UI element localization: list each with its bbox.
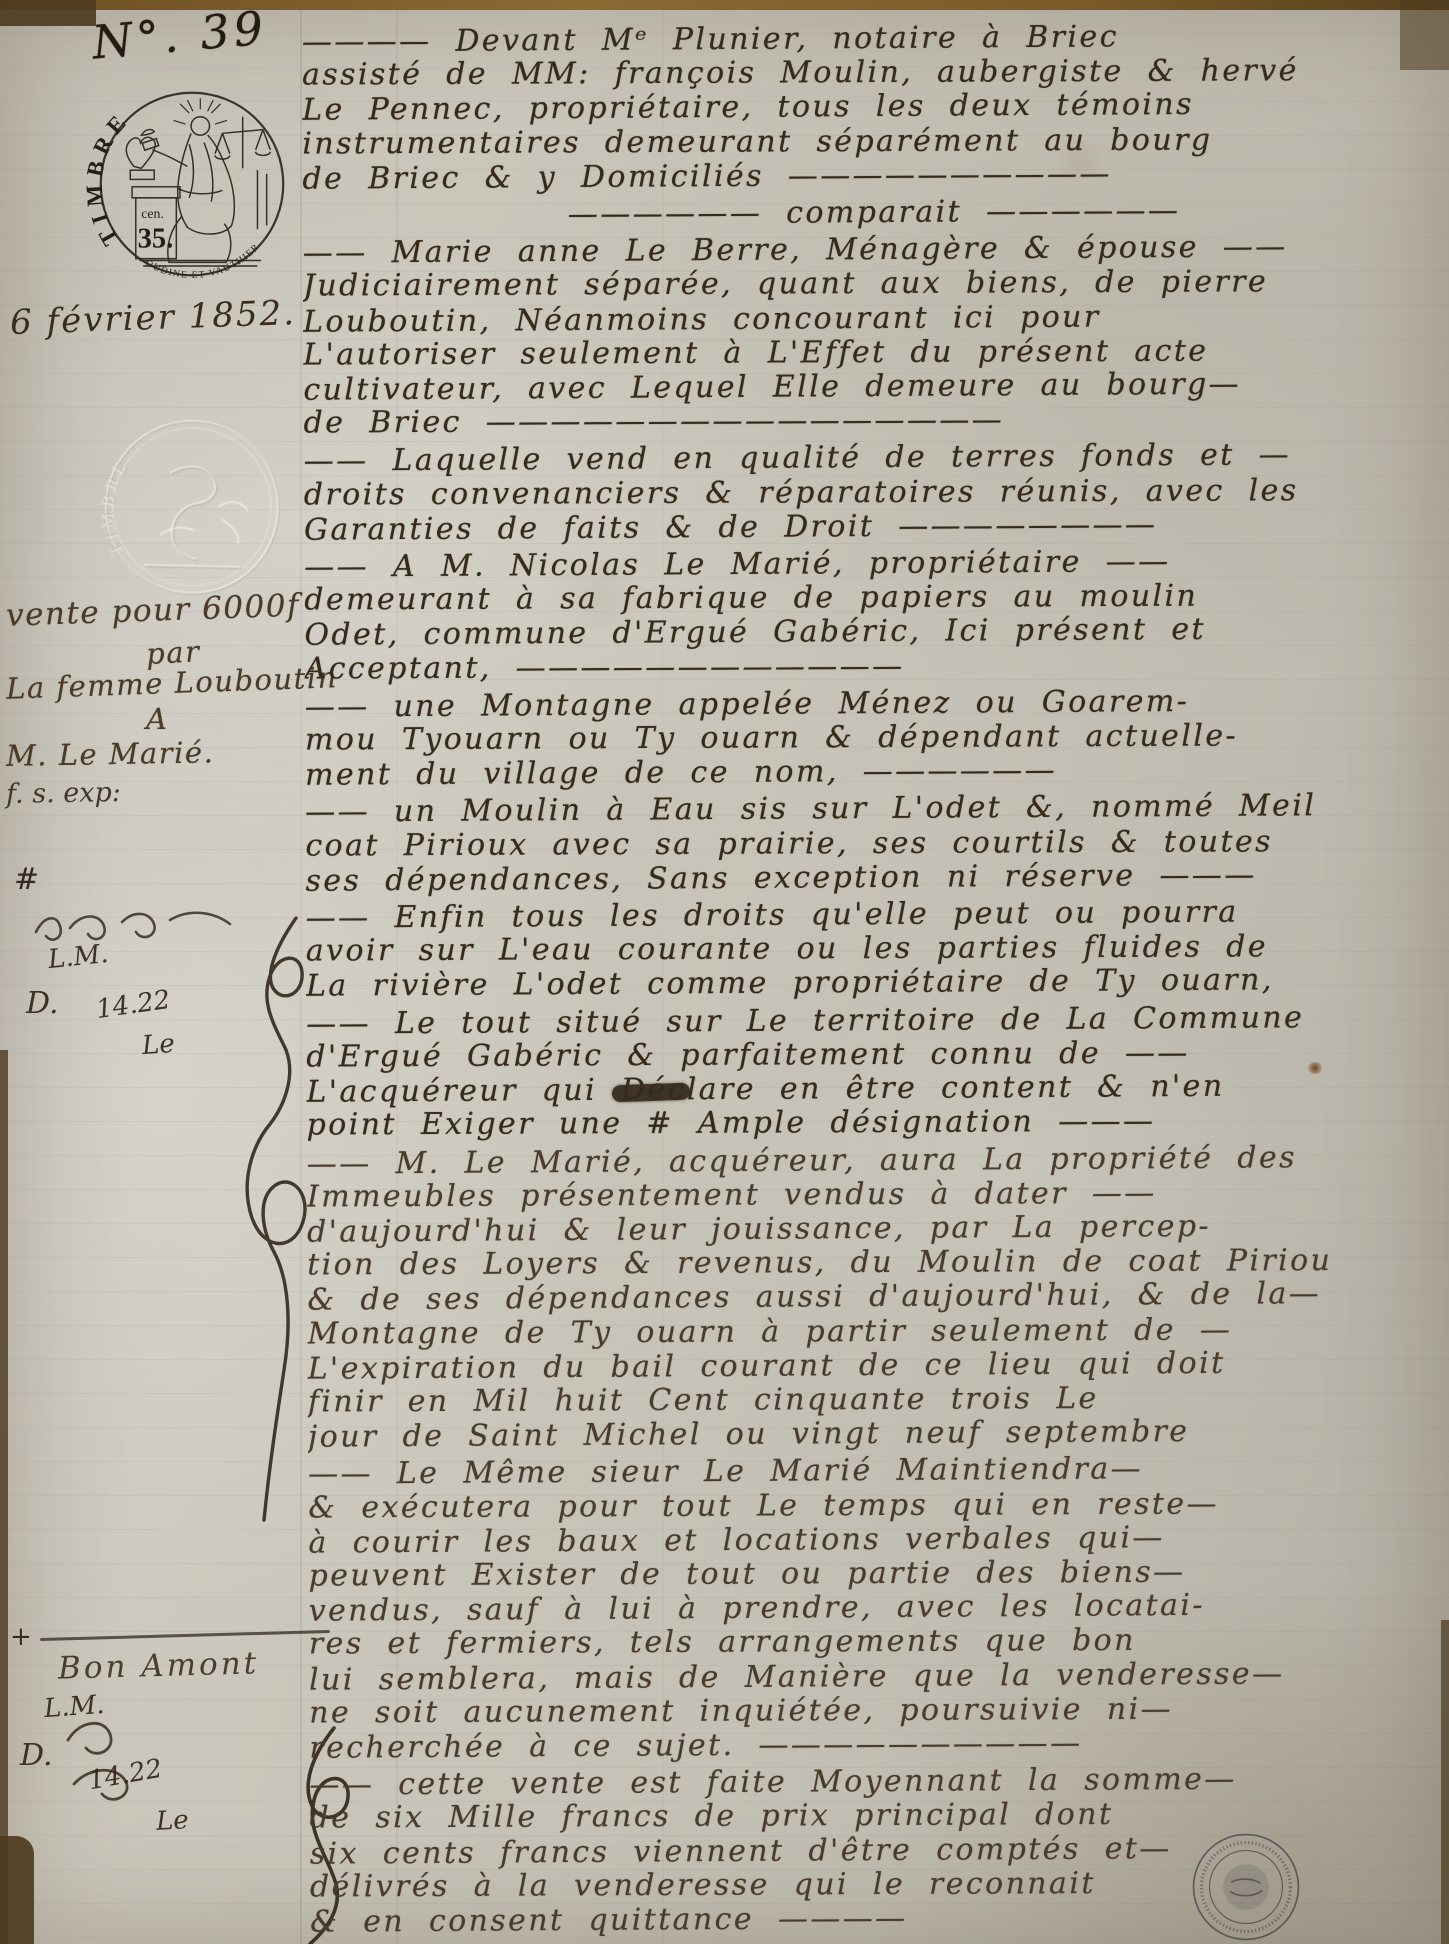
paragraph: ———— Devant Mᵉ Plunier, notaire à Brieca… — [302, 20, 1446, 196]
renvoi-plus-mark: + — [10, 1622, 32, 1652]
paragraph: —— Le tout situé sur Le territoire de La… — [306, 1001, 1449, 1143]
text-line: & exécutera pour tout Le temps qui en re… — [308, 1486, 1449, 1525]
text-line: —————— comparait —————— — [303, 192, 1446, 234]
text-line: recherchée à ce sujet. —————————— — [309, 1724, 1449, 1766]
paragraph: —— A M. Nicolas Le Marié, propriétaire —… — [304, 545, 1448, 687]
approval-note: Bon Amont — [58, 1645, 260, 1686]
text-line: La rivière L'odet comme propriétaire de … — [306, 963, 1449, 1005]
text-line: d'aujourd'hui & leur jouissance, par La … — [307, 1208, 1449, 1250]
paragraph: —— Le Même sieur Le Marié Maintiendra—& … — [308, 1452, 1449, 1765]
text-line: Acceptant, ———————————— — [305, 647, 1448, 686]
margin-initials: L.M. — [47, 939, 110, 975]
text-line: à courir les baux et locations verbales … — [308, 1519, 1449, 1561]
margin-initials: D. — [20, 1738, 53, 1773]
text-line: ment du village de ce nom, —————— — [305, 752, 1448, 794]
text-line: L'expiration du bail courant de ce lieu … — [308, 1345, 1449, 1387]
signature-squiggle — [60, 1700, 180, 1820]
margin-initials: D. — [26, 986, 59, 1021]
paragraph: —— cette vente est faite Moyennant la so… — [309, 1763, 1449, 1939]
text-line: & en consent quittance ———— — [310, 1898, 1449, 1940]
text-line: lui semblera, mais de Manière que la ven… — [309, 1656, 1449, 1698]
stamp-ring-text: TIMBRE — [80, 105, 135, 250]
paragraph: —————— comparait —————— — [303, 194, 1446, 233]
approval-rule — [40, 1630, 330, 1641]
margin-initials: Le — [141, 1029, 176, 1061]
document-number: N°. 39 — [90, 0, 269, 69]
paragraph: —— Laquelle vend en qualité de terres fo… — [304, 439, 1447, 547]
margin-initials: 14.22 — [94, 985, 172, 1025]
text-line: de Briec ———————————————— — [303, 402, 1446, 441]
text-line: ses dépendances, Sans exception ni réser… — [305, 857, 1448, 899]
renvoi-hash-mark: # — [14, 862, 39, 897]
paragraph: —— une Montagne appelée Ménez ou Goarem-… — [305, 684, 1448, 792]
text-line: de Briec & y Domiciliés —————————— — [302, 155, 1445, 197]
paragraph: —— Marie anne Le Berre, Ménagère & épous… — [303, 231, 1447, 441]
margin-sale-note: vente pour 6000f par La femme Louboutin … — [6, 592, 338, 770]
stamp-denomination-unit: cen. — [141, 206, 164, 221]
photo-edge-left — [0, 1050, 8, 1944]
sale-note-line: vente pour 6000f — [5, 586, 338, 634]
sale-note-line: M. Le Marié. — [6, 733, 338, 773]
body-text: ———— Devant Mᵉ Plunier, notaire à Brieca… — [302, 20, 1449, 1944]
text-line: de six Mille francs de prix principal do… — [310, 1797, 1449, 1836]
text-line: Louboutin, Néanmoins concourant ici pour — [303, 298, 1446, 340]
paragraph: —— un Moulin à Eau sis sur L'odet &, nom… — [305, 790, 1448, 898]
text-line: point Exiger une # Ample désignation ——— — [307, 1104, 1449, 1143]
paragraph: —— Enfin tous les droits qu'elle peut ou… — [306, 896, 1449, 1004]
photo-edge-top-left — [0, 0, 96, 26]
sale-note-line: La femme Louboutin — [6, 660, 339, 706]
text-line: —— une Montagne appelée Ménez ou Goarem- — [305, 683, 1448, 725]
paragraph: —— M. Le Marié, acquéreur, aura La propr… — [307, 1141, 1449, 1454]
text-line: Montagne de Ty ouarn à partir seulement … — [307, 1312, 1449, 1351]
text-line: Judiciairement séparée, quant aux biens,… — [303, 265, 1446, 304]
margin-date: 6 février 1852. — [9, 293, 296, 343]
margin-fee-note: f. s. exp: — [6, 777, 121, 810]
text-line: jour de Saint Michel ou vingt neuf septe… — [308, 1413, 1449, 1455]
scanned-notarial-deed: { "page": { "doc_number": "N°. 39", "mar… — [0, 0, 1449, 1944]
text-line: six cents francs viennent d'être comptés… — [310, 1830, 1449, 1872]
text-line: —— Le tout situé sur Le territoire de La… — [306, 1000, 1449, 1042]
fiscal-stamp: TIMBRE OUDINE ET VAUTHIER. — [86, 78, 298, 290]
text-line: —— M. Le Marié, acquéreur, aura La propr… — [307, 1140, 1449, 1182]
embossed-seal: TIMBRE — [100, 415, 285, 600]
stamp-denomination-value: 35. — [138, 224, 174, 255]
photo-edge-bottom-left — [0, 1836, 34, 1944]
text-line: Garanties de faits & de Droit ———————— — [304, 506, 1447, 548]
